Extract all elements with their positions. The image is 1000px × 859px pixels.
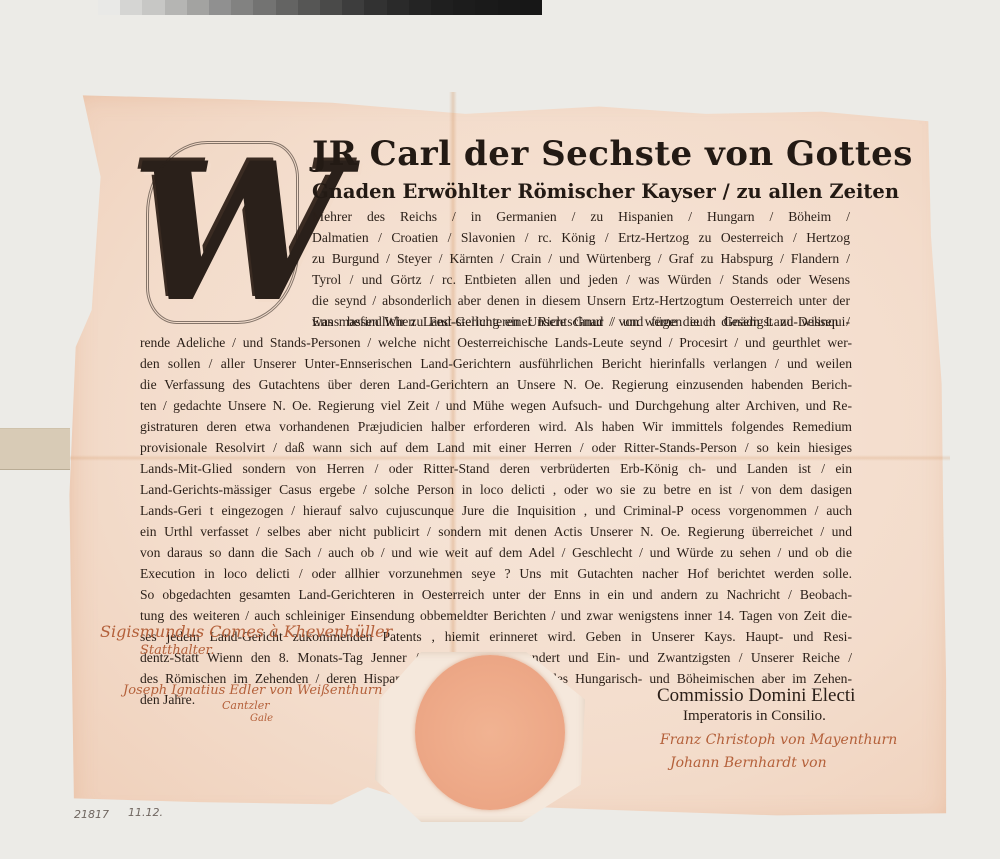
gray-swatch [187,0,209,15]
signature-mayenthurn: Franz Christoph von Mayenthurn [660,732,897,748]
gray-swatch [453,0,475,15]
gray-swatch [142,0,164,15]
gray-swatch [165,0,187,15]
text-line: Mehrer des Reichs / in Germanien / zu Hi… [312,206,850,227]
signature-statthalter: Statthalter. [140,643,214,658]
gray-swatch [342,0,364,15]
gray-swatch [409,0,431,15]
text-line: was massen Wir zu Fest-stellung einer Ri… [312,311,850,332]
gray-swatch [120,0,142,15]
heading-line-2: Gnaden Erwöhlter Römischer Kayser / zu a… [312,180,850,204]
decorated-initial-letter: W [140,135,305,330]
text-line: So obgedachten gesamten Land-Gerichteren… [140,584,852,605]
signature-cantzler-suffix: Gale [250,713,273,724]
text-line: zu Burgund / Steyer / Kärnten / Crain / … [312,248,850,269]
text-line: die Verfassung des Gutachtens über deren… [140,374,852,395]
gray-swatch [320,0,342,15]
gray-swatch [498,0,520,15]
gray-swatch [475,0,497,15]
gray-swatch [276,0,298,15]
commissio-line-1: Commissio Domini Electi [657,685,855,707]
commissio-line-2: Imperatoris in Consilio. [683,707,826,725]
body-text-upper-last: was massen Wir zu Fest-stellung einer Ri… [312,311,850,332]
text-line: gistraturen deren etwa vorhandenen Præju… [140,416,852,437]
gray-swatch [98,0,120,15]
archive-date-note: 11.12. [128,806,163,819]
gray-swatch [520,0,542,15]
text-line: rende Adeliche / und Stands-Personen / w… [140,332,852,353]
text-line: Lands-Mit-Glied sondern von Herren / ode… [140,458,852,479]
gray-swatch [231,0,253,15]
text-line: Land-Gerichts-mässiger Casus ergebe / so… [140,479,852,500]
archive-number: 21817 [74,808,109,821]
gray-swatch [298,0,320,15]
text-line: die seynd / absonderlich aber denen in d… [312,290,850,311]
text-line: Execution in loco delicti / oder allhier… [140,563,852,584]
signature-cantzler-name: Joseph Ignatius Edler von Weißenthurn [123,683,383,698]
text-line: Lands-Geri t eingezogen / hierauf salvo … [140,500,852,521]
gray-swatch [431,0,453,15]
signature-khevenhueller: Sigismundus Comes à Khevenhüller [100,622,392,641]
text-line: ten / gedachte Unsere N. Oe. Regierung v… [140,395,852,416]
document-heading: JR Carl der Sechste von Gottes [312,134,852,174]
gray-swatch [253,0,275,15]
mounting-tab [0,428,70,470]
text-line: provisionale Resolvirt / daß wann sich a… [140,437,852,458]
color-calibration-strip [98,0,542,15]
wax-seal [415,655,565,810]
gray-swatch [387,0,409,15]
text-line: ein Urthl verfasset / selbes aber nicht … [140,521,852,542]
signature-bernhardt: Johann Bernhardt von [670,755,827,771]
signature-cantzler-title: Cantzler [222,699,270,712]
gray-swatch [209,0,231,15]
gray-swatch [364,0,386,15]
text-line: von daraus so dann die Sach / auch ob / … [140,542,852,563]
text-line: Tyrol / und Görtz / rc. Entbieten allen … [312,269,850,290]
text-line: den sollen / aller Unserer Unter-Ennseri… [140,353,852,374]
text-line: Dalmatien / Croatien / Slavonien / rc. K… [312,227,850,248]
